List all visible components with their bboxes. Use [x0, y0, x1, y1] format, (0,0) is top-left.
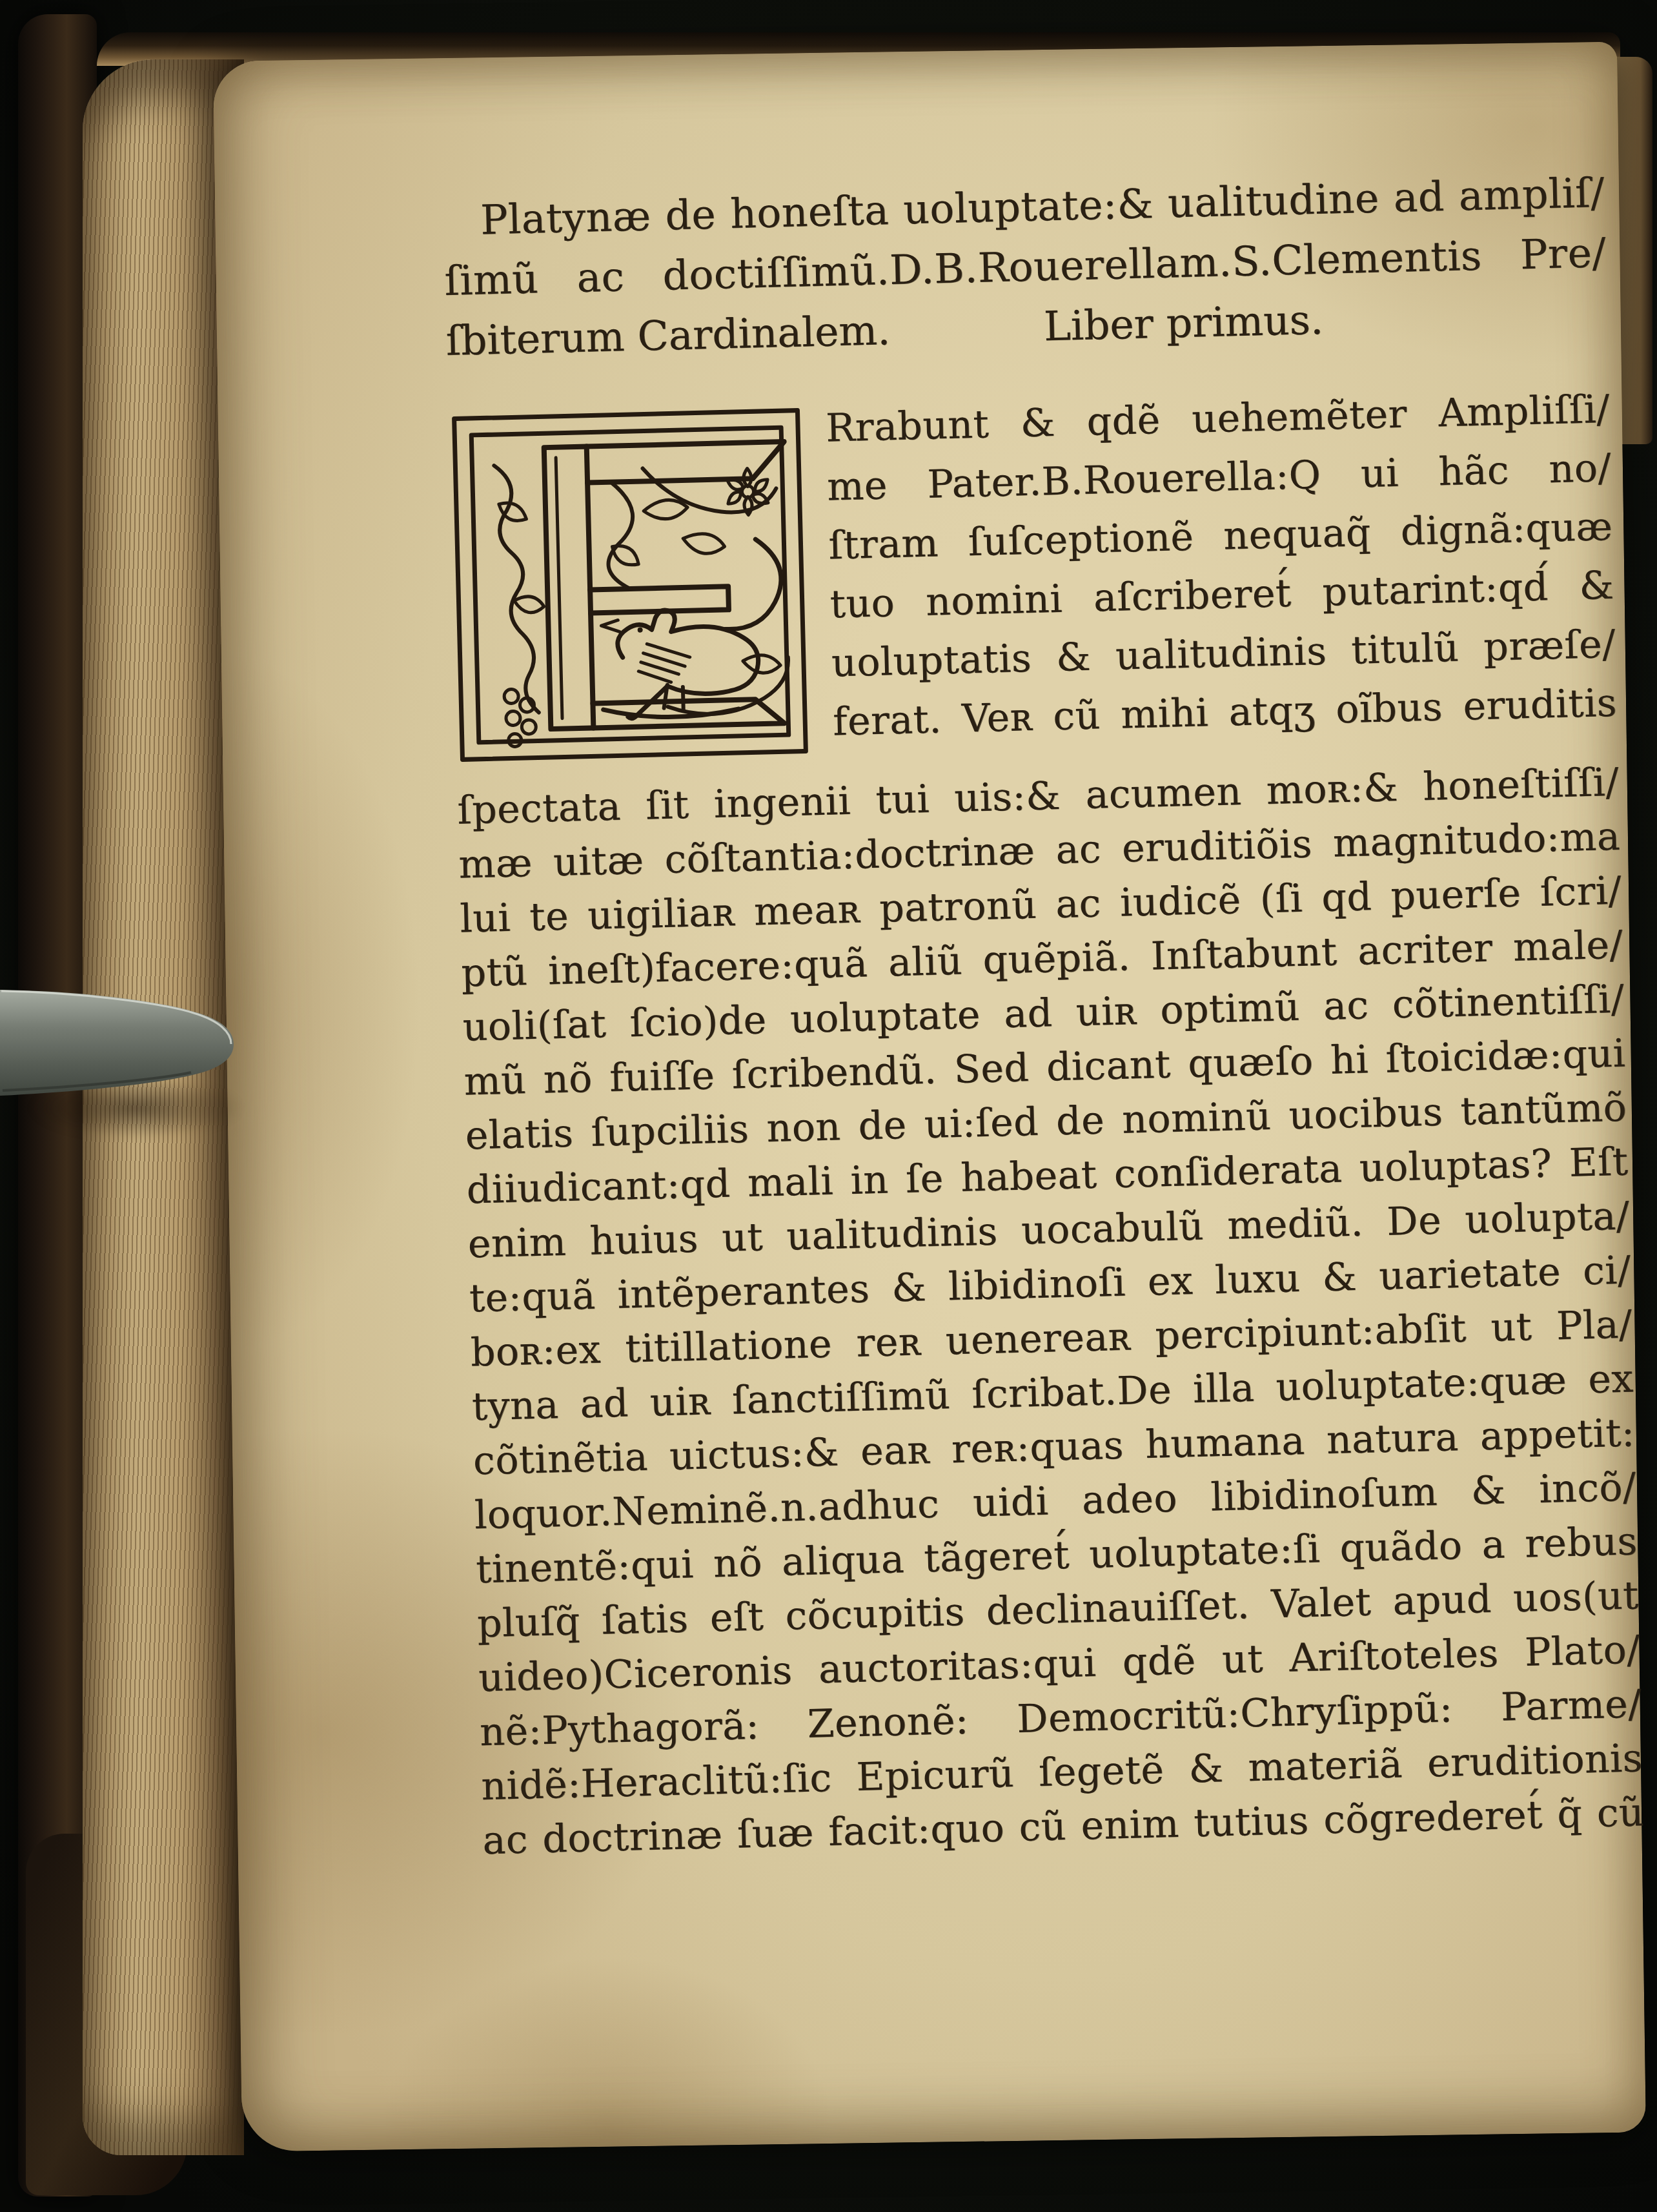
header-dedication-end: ſbiterum Cardinalem.	[445, 300, 891, 371]
opening-paragraph: Rrabunt & qdẽ uehemẽter Ampliſſi/me Pate…	[447, 380, 1618, 776]
photo-canvas: Platynæ de honeſta uoluptate:& ualitudin…	[0, 0, 1657, 2212]
book-page: Platynæ de honeſta uoluptate:& ualitudin…	[213, 42, 1646, 2152]
body-lines: ſpectata ſit ingenii tui uis:& acumen mo…	[456, 755, 1645, 1868]
woodcut-initial-E	[447, 400, 815, 775]
printed-text-area: Platynæ de honeſta uoluptate:& ualitudin…	[213, 30, 1657, 2154]
woodcut-initial-E-illustration	[447, 400, 815, 773]
opening-lines: Rrabunt & qdẽ uehemẽter Ampliſſi/me Pate…	[825, 380, 1618, 752]
page-header: Platynæ de honeſta uoluptate:& ualitudin…	[442, 163, 1608, 371]
bookmark-blade	[0, 972, 245, 1114]
book-title: Liber primus.	[1043, 290, 1324, 357]
